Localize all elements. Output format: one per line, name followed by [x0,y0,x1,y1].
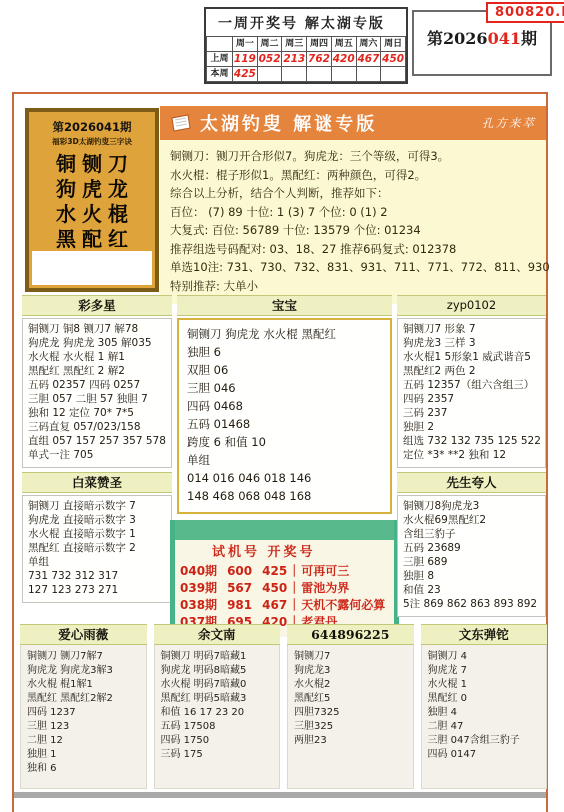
text-line [307,67,332,82]
text-line: 跨度 6 和值 10 [187,433,382,451]
bottom-panel-qq: 644896225 铜铡刀7狗虎龙3水火棍2黑配红5四胆7325三胆325两胆2… [287,624,414,789]
text-line: 狗虎龙3 [294,664,407,678]
text-line: 大复式: 百位: 56789 十位: 13579 个位: 01234 [170,221,536,240]
taihu-panel-header: 太湖钓叟 解谜专版 孔方来萃 [160,106,546,140]
text-line: 三码直复 057/023/158 [28,420,166,434]
text-line: 052 [258,52,283,67]
note-icon [170,114,192,132]
text-line: 四码 2357 [403,392,540,406]
section-header-aixin: 爱心雨薇 [20,624,147,645]
text-line: 水火棍 直接暗示数字 1 [28,527,166,541]
section-header-caiduoxing: 彩多星 [22,295,172,316]
section-content-yuwennan: 铜铡刀 明码7暗藏1狗虎龙 明码8暗藏5水火棍 明码7暗藏0黑配红 明码5暗藏3… [154,645,281,789]
text-line: 含组三豹子 [403,527,540,541]
result-issue: 040期 [180,564,217,578]
section-content-baicai: 铜铡刀 直接暗示数字 7狗虎龙 直接暗示数字 3水火棍 直接暗示数字 1黑配红 … [22,495,172,603]
text-line: 铜铡刀 4 [428,650,541,664]
bottom-panel-yuwennan: 余文南 铜铡刀 明码7暗藏1狗虎龙 明码8暗藏5水火棍 明码7暗藏0黑配红 明码… [154,624,281,789]
result-row: 038期981467天机不露何必算 [180,597,394,614]
result-open-number: 467 [262,598,287,612]
section-header-baicai: 白菜赞圣 [22,472,172,493]
text-line: 425 [233,67,258,82]
text-line: 水火棍：棍子形似1。黑配红：两种颜色，可得2。 [170,166,536,185]
text-line [357,67,382,82]
text-line: 周三 [282,37,307,52]
text-line: 推荐组选号码配对: 03、18、27 推荐6码复式: 012378 [170,240,536,259]
text-line: 独和 6 [27,762,140,776]
text-line: 五码 17508 [161,720,274,734]
text-line: 和值 23 [403,583,540,597]
text-line: 二胆 12 [27,734,140,748]
bottom-row: 爱心雨薇 铜铡刀 铡刀7解7狗虎龙 狗虎龙3解3水火棍 棍1解1黑配红 黑配红2… [20,624,547,789]
text-line: 狗虎龙 直接暗示数字 3 [28,513,166,527]
column-caiduoxing: 彩多星 铜铡刀 铜8 铡刀7 解78狗虎龙 狗虎龙 305 解035水火棍 水火… [22,295,172,603]
text-line: 213 [282,52,307,67]
text-line: 狗虎龙 狗虎龙3解3 [27,664,140,678]
bottom-panel-wendong: 文东弹铊 铜铡刀 4狗虎龙 7水火棍 1黑配红 0独胆 4二胆 47三胆 047… [421,624,548,789]
text-line: 420 [332,52,357,67]
text-line: 五码 02357 四码 0257 [28,378,166,392]
text-line: 铜铡刀 狗虎龙 水火棍 黑配红 [187,325,382,343]
result-note: 可再可三 [287,564,349,578]
text-line: 731 732 312 317 [28,569,166,583]
text-line: 单组 [28,555,166,569]
section-header-xiansheng: 先生夸人 [397,472,546,493]
text-line: 周一 [233,37,258,52]
text-line: 黑配红 黑配红2解2 [27,692,140,706]
text-line: 水火棍2 [294,678,407,692]
text-line: 五码 23689 [403,541,540,555]
bottom-divider-bar [14,792,546,798]
main-container: 第2026041期 福彩3D太湖钓叟三字诀 铜铡刀狗虎龙水火棍黑配红 太湖钓叟 … [12,92,548,812]
week-results-panel: 一周开奖号 解太湖专版 周一周二周三周四周五周六周日 上周 1190522137… [204,7,408,84]
section-header-baobao: 宝宝 [177,295,392,316]
text-line: 450 [381,52,406,67]
gold-box-issue: 第2026041期 [29,119,155,135]
text-line: 狗虎龙 7 [428,664,541,678]
text-line: 5注 869 862 863 893 892 [403,597,540,611]
text-line: 黑配红 直接暗示数字 2 [28,541,166,555]
text-line: 五码 01468 [187,415,382,433]
text-line [282,67,307,82]
text-line: 三胆 057 二胆 57 独胆 7 [28,392,166,406]
gold-box-blank-area [32,251,152,285]
text-line: 独胆 6 [187,343,382,361]
gold-box-chars: 铜铡刀狗虎龙水火棍黑配红 [29,152,155,252]
text-line: 四码 1237 [27,706,140,720]
result-test-number: 567 [227,581,252,595]
text-line: 三胆 123 [27,720,140,734]
text-line: 铜铡刀 铡刀7解7 [27,650,140,664]
text-line: 两胆23 [294,734,407,748]
text-line: 铜铡刀 明码7暗藏1 [161,650,274,664]
text-line: 黑配红 0 [428,692,541,706]
text-line: 独胆 8 [403,569,540,583]
text-line: 三胆 689 [403,555,540,569]
text-line: 组选 732 132 735 125 522 [403,434,540,448]
section-content-caiduoxing: 铜铡刀 铜8 铡刀7 解78狗虎龙 狗虎龙 305 解035水火棍 水火棍 1 … [22,318,172,468]
text-line: 周五 [332,37,357,52]
text-line: 762 [307,52,332,67]
gold-riddle-box: 第2026041期 福彩3D太湖钓叟三字诀 铜铡刀狗虎龙水火棍黑配红 [25,108,159,292]
text-line [381,67,406,82]
text-line: 四码 0147 [428,748,541,762]
text-line: 三胆325 [294,720,407,734]
text-line: 狗虎龙3 三样 3 [403,336,540,350]
text-line: 四胆7325 [294,706,407,720]
text-line: 467 [357,52,382,67]
column-zyp: zyp0102 铜铡刀7 形象 7狗虎龙3 三样 3水火棍1 5形象1 威武谐音… [397,295,546,617]
text-line: 黑配红 明码5暗藏3 [161,692,274,706]
text-line: 四码 1750 [161,734,274,748]
text-line: 狗虎龙 狗虎龙 305 解035 [28,336,166,350]
section-content-xiansheng: 铜铡刀8狗虎龙3水火棍69黑配红2含组三豹子五码 23689三胆 689独胆 8… [397,495,546,617]
last-week-label: 上周 [207,52,233,67]
text-line: 铜铡刀 铜8 铡刀7 解78 [28,322,166,336]
text-line: 五码 12357（组六含组三） [403,378,540,392]
text-line: 和值 16 17 23 20 [161,706,274,720]
text-line: 综合以上分析，结合个人判断，推荐如下： [170,184,536,203]
text-line: 周日 [381,37,406,52]
text-line: 独胆 2 [403,420,540,434]
text-line: 特别推荐: 大单小 [170,277,536,296]
text-line: 黑配红5 [294,692,407,706]
section-header-wendong: 文东弹铊 [421,624,548,645]
taihu-panel-body: 铜铡刀：铡刀开合形似7。狗虎龙：三个等级，可得3。水火棍：棍子形似1。黑配红：两… [160,140,546,304]
text-line: 定位 *3* **2 独和 12 [403,448,540,462]
text-line: 单式一注 705 [28,448,166,462]
text-line: 水火棍1 5形象1 威武谐音5 [403,350,540,364]
text-line: 水火棍 [29,202,155,227]
week-table: 周一周二周三周四周五周六周日 上周 119052213762420467450 … [206,36,406,82]
text-line: 四码 0468 [187,397,382,415]
text-line: 水火棍 明码7暗藏0 [161,678,274,692]
text-line: 水火棍 棍1解1 [27,678,140,692]
text-line: 铜铡刀 直接暗示数字 7 [28,499,166,513]
text-line: 三胆 047含组三豹子 [428,734,541,748]
section-content-qq: 铜铡刀7狗虎龙3水火棍2黑配红5四胆7325三胆325两胆23 [287,645,414,789]
text-line: 单选10注: 731、730、732、831、931、711、771、772、8… [170,258,536,277]
text-line: 三码 237 [403,406,540,420]
text-line: 铜铡刀 [29,152,155,177]
results-green-band [175,520,394,540]
week-panel-title: 一周开奖号 解太湖专版 [206,9,406,36]
column-baobao: 宝宝 铜铡刀 狗虎龙 水火棍 黑配红独胆 6双胆 06三胆 046四码 0468… [177,295,392,637]
text-line: 铜铡刀：铡刀开合形似7。狗虎龙：三个等级，可得3。 [170,147,536,166]
text-line: 119 [233,52,258,67]
results-table: 试机号 开奖号 040期600425可再可三 039期567450雷池为界 03… [175,540,394,637]
text-line [258,67,283,82]
result-note: 天机不露何必算 [287,598,385,612]
section-header-qq: 644896225 [287,624,414,645]
text-line: 独胆 1 [27,748,140,762]
section-content-wendong: 铜铡刀 4狗虎龙 7水火棍 1黑配红 0独胆 4二胆 47三胆 047含组三豹子… [421,645,548,789]
text-line: 单组 [187,451,382,469]
corner-cell [207,37,233,52]
text-line: 独和 12 定位 70* 7*5 [28,406,166,420]
text-line: 黑配红 黑配红 2 解2 [28,364,166,378]
result-open-number: 425 [262,564,287,578]
section-content-baobao: 铜铡刀 狗虎龙 水火棍 黑配红独胆 6双胆 06三胆 046四码 0468五码 … [177,318,392,514]
results-header: 试机号 开奖号 [180,543,394,563]
text-line: 双胆 06 [187,361,382,379]
this-week-label: 本周 [207,67,233,82]
taihu-panel: 太湖钓叟 解谜专版 孔方来萃 铜铡刀：铡刀开合形似7。狗虎龙：三个等级，可得3。… [160,106,546,304]
text-line: 周二 [258,37,283,52]
section-header-zyp0102: zyp0102 [397,295,546,316]
section-content-aixin: 铜铡刀 铡刀7解7狗虎龙 狗虎龙3解3水火棍 棍1解1黑配红 黑配红2解2四码 … [20,645,147,789]
site-badge[interactable]: 800820.NET [486,2,564,23]
result-test-number: 981 [227,598,252,612]
section-header-yuwennan: 余文南 [154,624,281,645]
result-row: 040期600425可再可三 [180,563,394,580]
text-line: 铜铡刀7 形象 7 [403,322,540,336]
bottom-panel-aixin: 爱心雨薇 铜铡刀 铡刀7解7狗虎龙 狗虎龙3解3水火棍 棍1解1黑配红 黑配红2… [20,624,147,789]
issue-number-text: 第2026041期 [414,26,550,49]
text-line: 周四 [307,37,332,52]
gold-box-subtitle: 福彩3D太湖钓叟三字诀 [32,136,152,146]
result-open-number: 450 [262,581,287,595]
result-issue: 039期 [180,581,217,595]
text-line: 黑配红 [29,227,155,252]
text-line: 铜铡刀7 [294,650,407,664]
text-line: 127 123 273 271 [28,583,166,597]
text-line: 狗虎龙 明码8暗藏5 [161,664,274,678]
text-line: 三码 175 [161,748,274,762]
text-line: 014 016 046 018 146 [187,469,382,487]
text-line: 铜铡刀8狗虎龙3 [403,499,540,513]
text-line: 148 468 068 048 168 [187,487,382,505]
taihu-panel-title: 太湖钓叟 解谜专版 [200,110,482,136]
taihu-panel-byline: 孔方来萃 [482,115,536,131]
result-note: 雷池为界 [287,581,349,595]
text-line: 狗虎龙 [29,177,155,202]
text-line: 百位： (7) 89 十位: 1 (3) 7 个位: 0 (1) 2 [170,203,536,222]
section-content-zyp0102: 铜铡刀7 形象 7狗虎龙3 三样 3水火棍1 5形象1 威武谐音5黑配红2 两色… [397,318,546,468]
result-row: 039期567450雷池为界 [180,580,394,597]
text-line: 水火棍 1 [428,678,541,692]
text-line: 水火棍69黑配红2 [403,513,540,527]
issue-number-red: 041 [488,29,521,48]
text-line: 三胆 046 [187,379,382,397]
text-line: 二胆 47 [428,720,541,734]
text-line: 周六 [357,37,382,52]
results-block: 试机号 开奖号 040期600425可再可三 039期567450雷池为界 03… [170,520,399,637]
text-line [332,67,357,82]
text-line: 直组 057 157 257 357 578 [28,434,166,448]
result-test-number: 600 [227,564,252,578]
text-line: 独胆 4 [428,706,541,720]
result-issue: 038期 [180,598,217,612]
text-line: 黑配红2 两色 2 [403,364,540,378]
text-line: 水火棍 水火棍 1 解1 [28,350,166,364]
